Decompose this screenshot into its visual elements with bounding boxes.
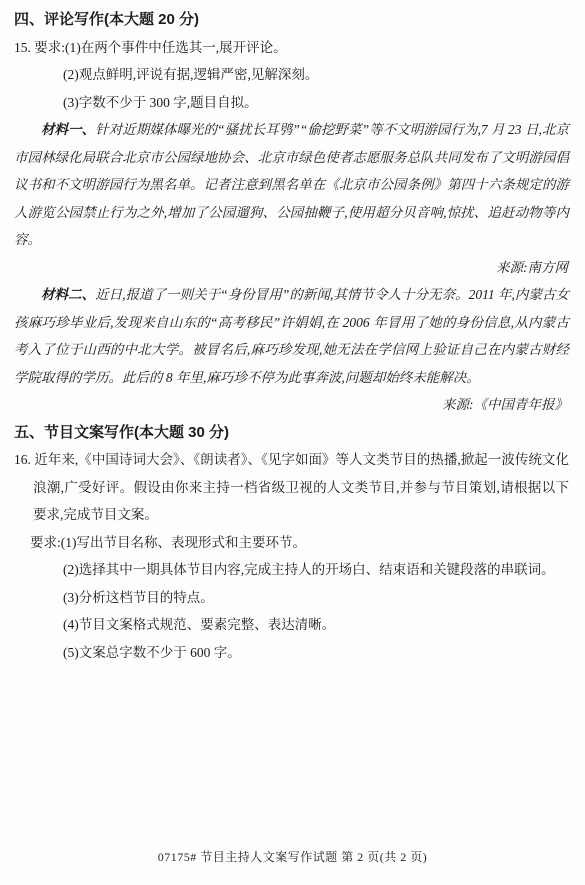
section-4-heading: 四、评论写作(本大题 20 分) bbox=[14, 6, 569, 34]
material-2-text: 近日,报道了一则关于“身份冒用”的新闻,其情节令人十分无奈。2011 年,内蒙古… bbox=[14, 287, 569, 385]
material-2-source: 来源:《中国青年报》 bbox=[14, 391, 569, 419]
scanned-exam-document: { "doc": { "section4": { "heading": "四、评… bbox=[0, 0, 585, 885]
material-1-label: 材料一、 bbox=[41, 122, 95, 137]
material-1-source: 来源:南方网 bbox=[14, 254, 569, 282]
question-16-requirements-label: 要求: bbox=[30, 535, 61, 550]
question-16-requirement-3: (3)分析这档节目的特点。 bbox=[14, 584, 569, 612]
material-1-paragraph: 材料一、针对近期媒体曝光的“骚扰长耳鸮”“偷挖野菜”等不文明游园行为,7 月 2… bbox=[14, 116, 569, 254]
question-16-number: 16. bbox=[14, 452, 31, 467]
question-16-text: 近年来,《中国诗词大会》、《朗读者》、《见字如面》等人文类节目的热播,掀起一波传… bbox=[33, 452, 569, 522]
question-16-requirement-2: (2)选择其中一期具体节目内容,完成主持人的开场白、结束语和关键段落的串联词。 bbox=[14, 556, 569, 584]
material-2-label: 材料二、 bbox=[41, 287, 95, 302]
material-2-paragraph: 材料二、近日,报道了一则关于“身份冒用”的新闻,其情节令人十分无奈。2011 年… bbox=[14, 281, 569, 391]
material-1-text: 针对近期媒体曝光的“骚扰长耳鸮”“偷挖野菜”等不文明游园行为,7 月 23 日,… bbox=[14, 122, 569, 247]
question-15-requirement-1: (1)在两个事件中任选其一,展开评论。 bbox=[65, 40, 287, 55]
question-15-requirement-2: (2)观点鲜明,评说有据,逻辑严密,见解深刻。 bbox=[14, 61, 569, 89]
question-16-requirements-line: 要求:(1)写出节目名称、表现形式和主要环节。 bbox=[14, 529, 569, 557]
section-5-heading: 五、节目文案写作(本大题 30 分) bbox=[14, 419, 569, 447]
question-16-paragraph: 16. 近年来,《中国诗词大会》、《朗读者》、《见字如面》等人文类节目的热播,掀… bbox=[14, 446, 569, 529]
question-16-requirement-4: (4)节目文案格式规范、要素完整、表达清晰。 bbox=[14, 611, 569, 639]
question-16-requirement-1: (1)写出节目名称、表现形式和主要环节。 bbox=[61, 535, 306, 550]
question-15-requirements-line: 15. 要求:(1)在两个事件中任选其一,展开评论。 bbox=[14, 34, 569, 62]
question-15-number-prefix: 15. 要求: bbox=[14, 40, 65, 55]
exam-page-body: 四、评论写作(本大题 20 分) 15. 要求:(1)在两个事件中任选其一,展开… bbox=[0, 0, 585, 666]
page-footer: 07175# 节目主持人文案写作试题 第 2 页(共 2 页) bbox=[0, 847, 585, 867]
question-15-requirement-3: (3)字数不少于 300 字,题目自拟。 bbox=[14, 89, 569, 117]
question-16-requirement-5: (5)文案总字数不少于 600 字。 bbox=[14, 639, 569, 667]
